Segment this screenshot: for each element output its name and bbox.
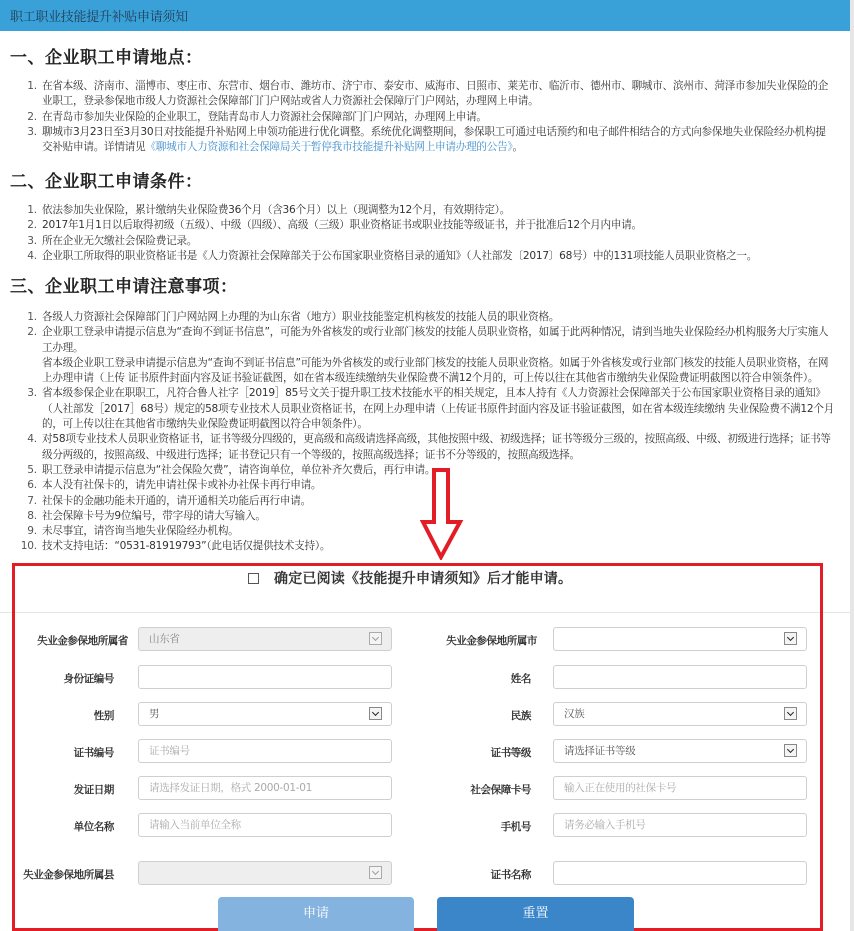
- name-input[interactable]: [553, 665, 807, 689]
- name-label: 姓名: [420, 671, 531, 686]
- list-item: 对58项专业技术人员职业资格证书，证书等级分四级的，更高级和高级请选择高级，其他…: [40, 432, 835, 463]
- id-number-input[interactable]: [138, 665, 392, 689]
- announcement-link[interactable]: 《聊城市人力资源和社会保障局关于暂停我市技能提升补贴网上申请办理的公告》: [145, 141, 512, 153]
- section-heading-conditions: 二、企业职工申请条件：: [10, 167, 203, 192]
- cert-number-input[interactable]: 证书编号: [138, 739, 392, 763]
- province-label: 失业金参保地所属省: [18, 633, 128, 648]
- scrollbar[interactable]: [850, 0, 854, 931]
- phone-label: 手机号: [420, 819, 531, 834]
- chevron-down-icon: [784, 632, 797, 645]
- list-item: 在青岛市参加失业保险的企业职工，登陆青岛市人力资源社会保障部门门户网站，办理网上…: [40, 110, 835, 125]
- gender-select[interactable]: 男: [138, 702, 392, 726]
- list-item: 企业职工所取得的职业资格证书是《人力资源社会保障部关于公布国家职业资格目录的通知…: [40, 249, 835, 264]
- id-number-label: 身份证编号: [18, 671, 114, 686]
- issue-date-label: 发证日期: [18, 782, 114, 797]
- cert-number-label: 证书编号: [18, 745, 114, 760]
- issue-date-input[interactable]: 请选择发证日期，格式 2000-01-01: [138, 776, 392, 800]
- section-heading-notes: 三、企业职工申请注意事项：: [10, 272, 238, 297]
- cert-level-label: 证书等级: [420, 745, 531, 760]
- cert-level-select[interactable]: 请选择证书等级: [553, 739, 807, 763]
- cert-name-label: 证书名称: [420, 867, 531, 882]
- cert-name-input[interactable]: [553, 861, 807, 885]
- city-select[interactable]: [553, 627, 807, 651]
- list-item: 省本级参保企业在职职工，凡符合鲁人社字［2019］85号文关于提升职工技术技能水…: [40, 386, 835, 432]
- list-item: 所在企业无欠缴社会保险费记录。: [40, 234, 835, 249]
- chevron-down-icon: [369, 632, 382, 645]
- county-select[interactable]: [138, 861, 392, 885]
- province-select[interactable]: 山东省: [138, 627, 392, 651]
- section-heading-locations: 一、企业职工申请地点：: [10, 43, 203, 68]
- employer-input[interactable]: 请输入当前单位全称: [138, 813, 392, 837]
- chevron-down-icon: [369, 707, 382, 720]
- chevron-down-icon: [784, 707, 797, 720]
- down-arrow-annotation-icon: [420, 468, 464, 560]
- social-card-input[interactable]: 输入正在使用的社保卡号: [553, 776, 807, 800]
- chevron-down-icon: [369, 866, 382, 879]
- list-item: 2017年1月1日以后取得初级（五级）、中级（四级）、高级（三级）职业资格证书或…: [40, 218, 835, 233]
- list-item: 聊城市3月23日至3月30日对技能提升补贴网上申领功能进行优化调整。系统优化调整…: [40, 125, 835, 156]
- social-card-label: 社会保障卡号: [420, 782, 531, 797]
- ethnicity-label: 民族: [420, 708, 531, 723]
- chevron-down-icon: [784, 744, 797, 757]
- city-label: 失业金参保地所属市: [420, 633, 537, 648]
- reset-button[interactable]: 重置: [437, 897, 634, 931]
- page-header: 职工职业技能提升补贴申请须知: [0, 0, 850, 31]
- county-label: 失业金参保地所属县: [18, 867, 114, 882]
- list-item: 在省本级、济南市、淄博市、枣庄市、东营市、烟台市、潍坊市、济宁市、泰安市、威海市…: [40, 79, 835, 110]
- list-item: 依法参加失业保险，累计缴纳失业保险费36个月（含36个月）以上（现调整为12个月…: [40, 203, 835, 218]
- ethnicity-select[interactable]: 汉族: [553, 702, 807, 726]
- page-title: 职工职业技能提升补贴申请须知: [10, 6, 188, 25]
- locations-list: 在省本级、济南市、淄博市、枣庄市、东营市、烟台市、潍坊市、济宁市、泰安市、威海市…: [22, 79, 835, 155]
- confirm-label: 确定已阅读《技能提升申请须知》后才能申请。: [274, 568, 572, 588]
- apply-button[interactable]: 申请: [218, 897, 414, 931]
- checkbox[interactable]: [248, 573, 259, 584]
- gender-label: 性别: [18, 708, 114, 723]
- list-item: 企业职工登录申请提示信息为“查询不到证书信息”，可能为外省核发的或行业部门核发的…: [40, 325, 835, 386]
- conditions-list: 依法参加失业保险，累计缴纳失业保险费36个月（含36个月）以上（现调整为12个月…: [22, 203, 835, 264]
- employer-label: 单位名称: [18, 819, 114, 834]
- read-confirm-checkbox[interactable]: 确定已阅读《技能提升申请须知》后才能申请。: [248, 568, 572, 588]
- phone-input[interactable]: 请务必输入手机号: [553, 813, 807, 837]
- list-item: 各级人力资源社会保障部门门户网站网上办理的为山东省（地方）职业技能鉴定机构核发的…: [40, 310, 835, 325]
